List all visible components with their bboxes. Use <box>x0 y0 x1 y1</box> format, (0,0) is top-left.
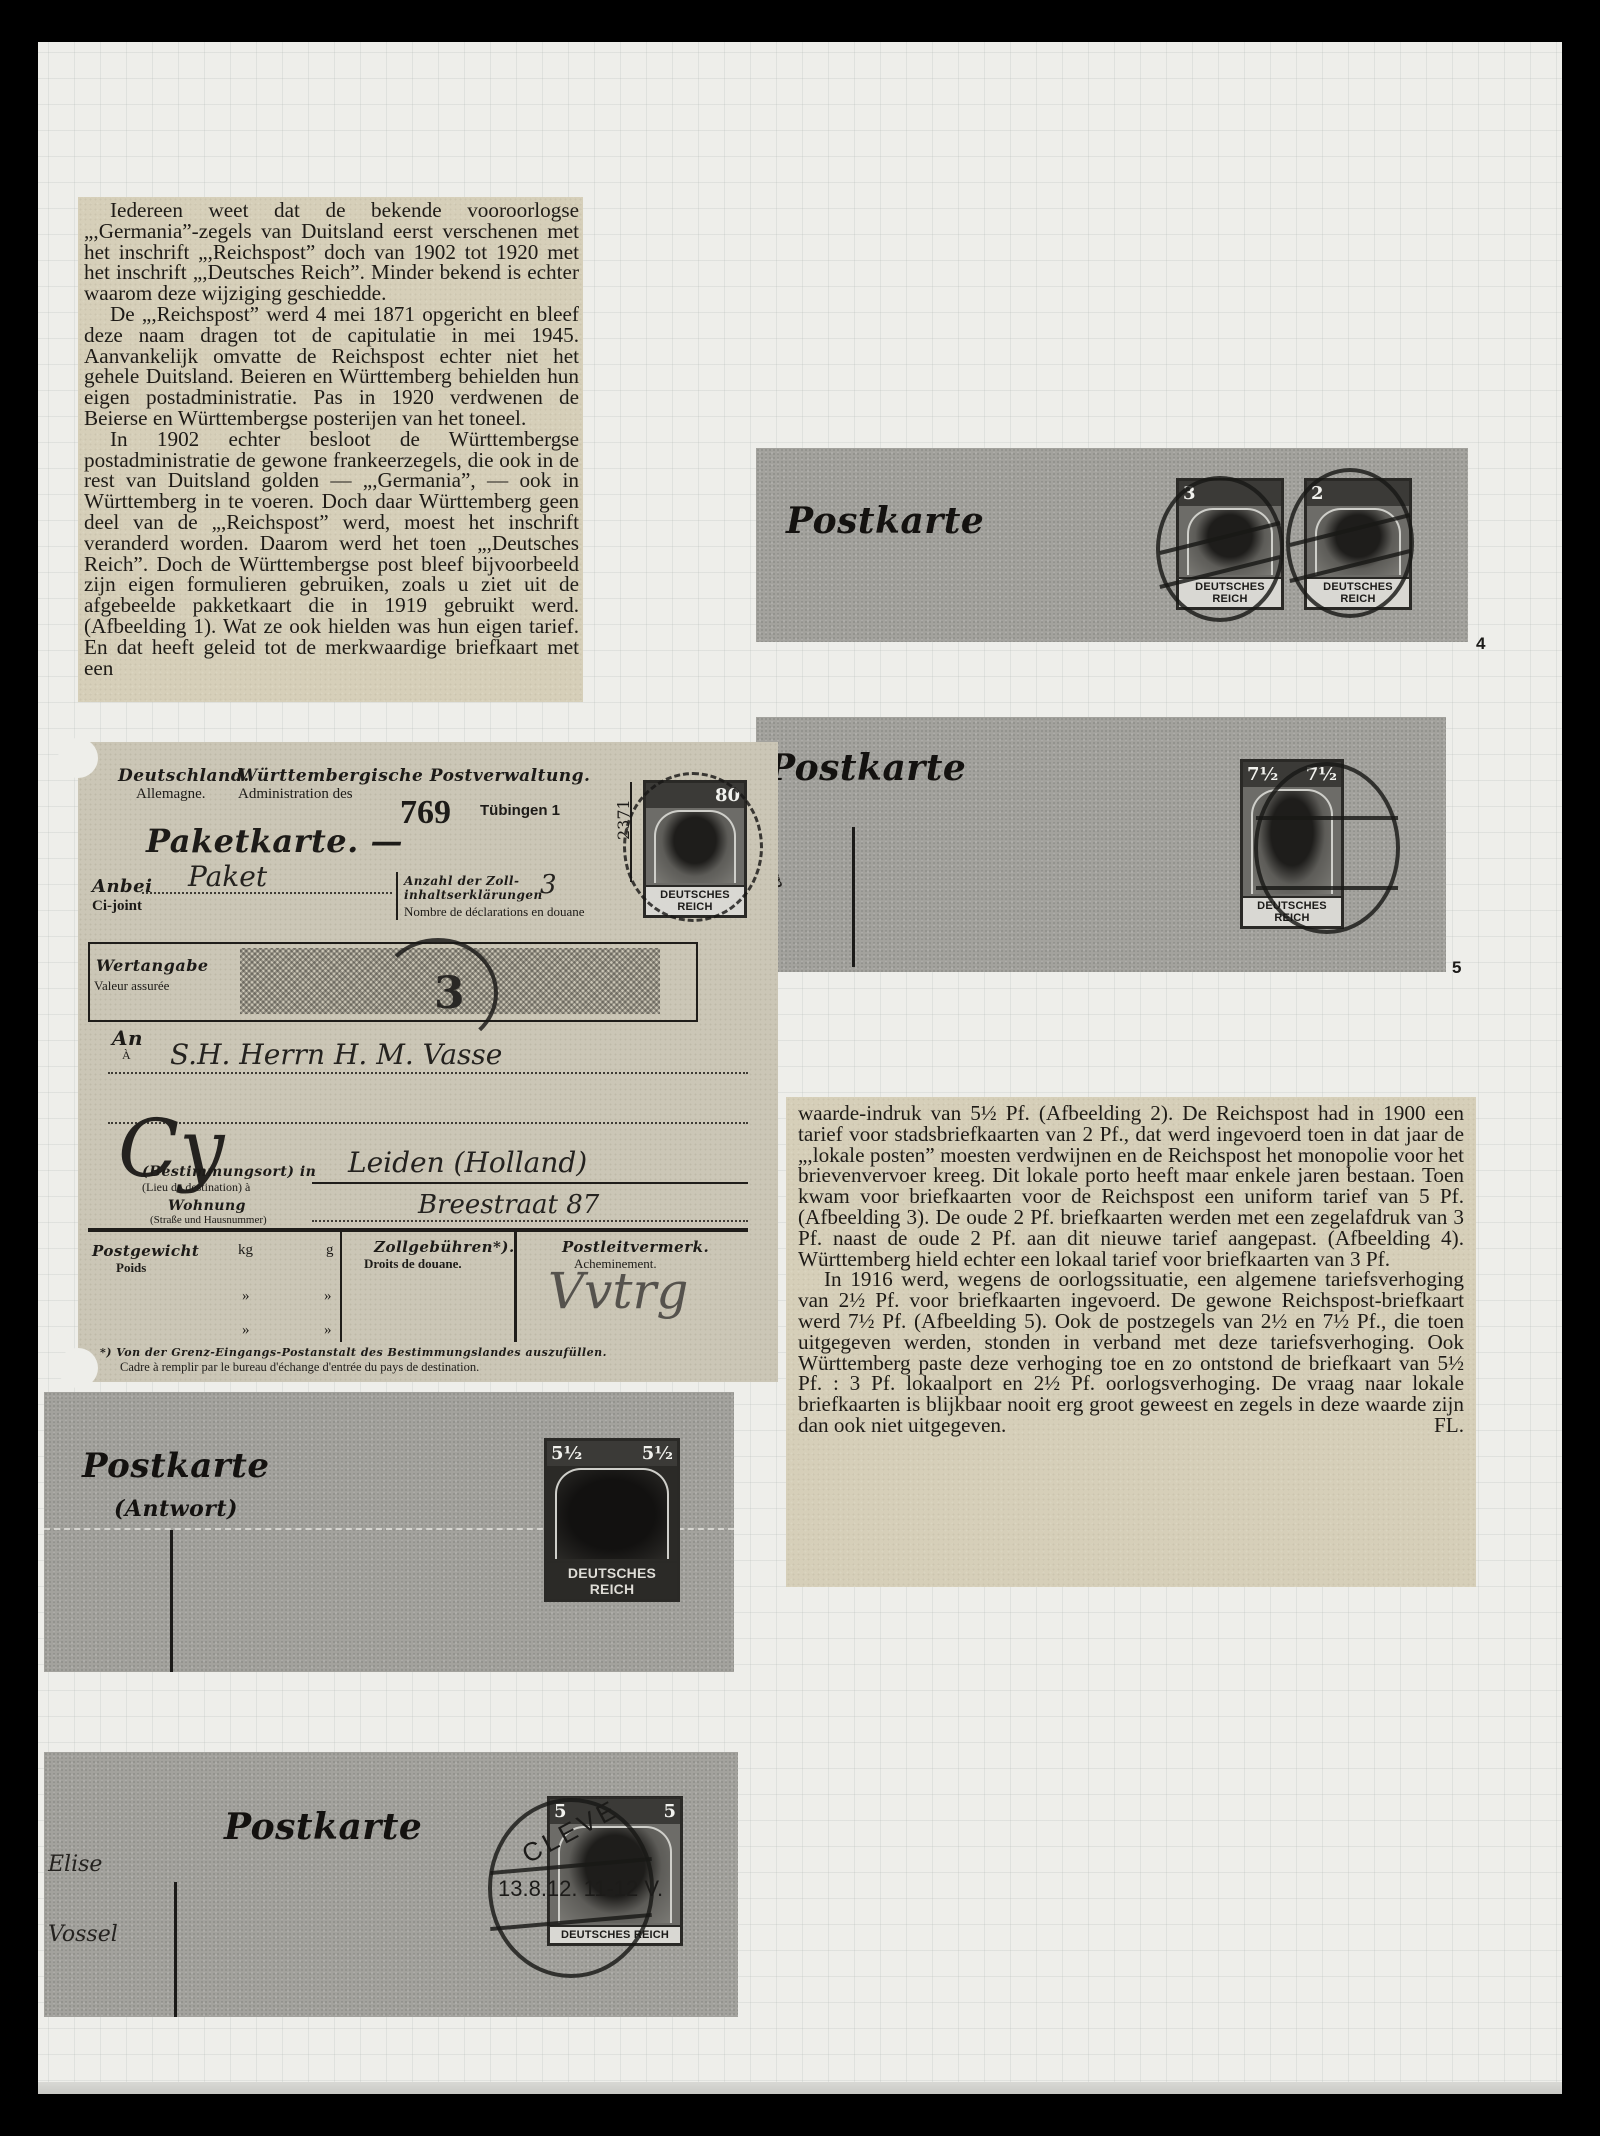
divider-line <box>174 1882 177 2017</box>
article-clipping-bottom: waarde-indruk van 5½ Pf. (Afbeelding 2).… <box>786 1097 1476 1587</box>
divider-line <box>852 827 855 967</box>
postcard-figure-4: Postkarte 3 DEUTSCHES REICH 2 DEUTSCHES … <box>756 448 1468 642</box>
postcard-figure-5: Postkarte Herrn 7½7½ DEUTSCHES REICH <box>756 717 1446 972</box>
street-handwriting: Breestraat 87 <box>418 1190 599 1220</box>
article-paragraph: De „,Reichspost” werd 4 mei 1871 opgeric… <box>84 304 579 429</box>
postcard-title: Postkarte <box>786 500 984 542</box>
punch-hole <box>58 738 98 778</box>
postmark-icon <box>1156 476 1284 622</box>
footnote: *) Von der Grenz-Eingangs-Postanstalt de… <box>100 1346 607 1359</box>
handwritten-mark: Vvtrg <box>548 1262 688 1320</box>
figure-number: 5 <box>1452 958 1461 978</box>
postmark-icon <box>1254 762 1400 934</box>
postcard-reply: Postkarte (Antwort) 5½5½ DEUTSCHES REICH <box>44 1392 734 1672</box>
handwritten-text: Vossel <box>48 1922 118 1947</box>
divider-line <box>170 1530 173 1672</box>
parcel-number: 769 <box>400 794 451 832</box>
postcard-title: Postkarte <box>224 1806 422 1848</box>
album-page: Iedereen weet dat de bekende vooroorlogs… <box>38 42 1562 2094</box>
postmark-icon: CLEVE 13.8.12. 11-12 V. <box>488 1798 654 1978</box>
article-paragraph: Iedereen weet dat de bekende vooroorlogs… <box>84 200 579 304</box>
post-office-label: Tübingen 1 <box>480 802 560 819</box>
addressee-handwriting: S.H. Herrn H. M. Vasse <box>170 1038 502 1071</box>
parcel-card-title: Paketkarte. — <box>146 822 403 860</box>
article-paragraph: waarde-indruk van 5½ Pf. (Afbeelding 2).… <box>798 1103 1464 1269</box>
destination-handwriting: Leiden (Holland) <box>348 1146 587 1179</box>
postcard-title: Postkarte <box>768 747 966 789</box>
article-paragraph: In 1902 echter besloot de Württembergse … <box>84 429 579 679</box>
figure-number: 4 <box>1476 634 1485 654</box>
postcard-cleve: Postkarte Elise Vossel 55 DEUTSCHES REIC… <box>44 1752 738 2017</box>
germania-figure-icon <box>555 1468 669 1559</box>
article-clipping-top: Iedereen weet dat de bekende vooroorlogs… <box>78 197 583 702</box>
postmark-icon <box>623 772 763 922</box>
postmark-icon <box>1286 468 1414 618</box>
postcard-subtitle: (Antwort) <box>114 1496 238 1522</box>
footnote: Cadre à remplir par le bureau d'échange … <box>120 1360 479 1375</box>
author-signature: FL. <box>1408 1415 1464 1436</box>
postmark-icon <box>378 938 498 1048</box>
stamp: 5½5½ DEUTSCHES REICH <box>544 1438 680 1602</box>
postcard-title: Postkarte <box>82 1446 270 1486</box>
article-paragraph: In 1916 werd, wegens de oorlogssituatie,… <box>798 1269 1464 1435</box>
handwritten-text: Paket <box>188 860 267 893</box>
punch-hole <box>58 1348 98 1388</box>
handwritten-text: Elise <box>48 1852 102 1877</box>
parcel-card-figure-1: Deutschland. Allemagne. Württembergische… <box>78 742 778 1382</box>
